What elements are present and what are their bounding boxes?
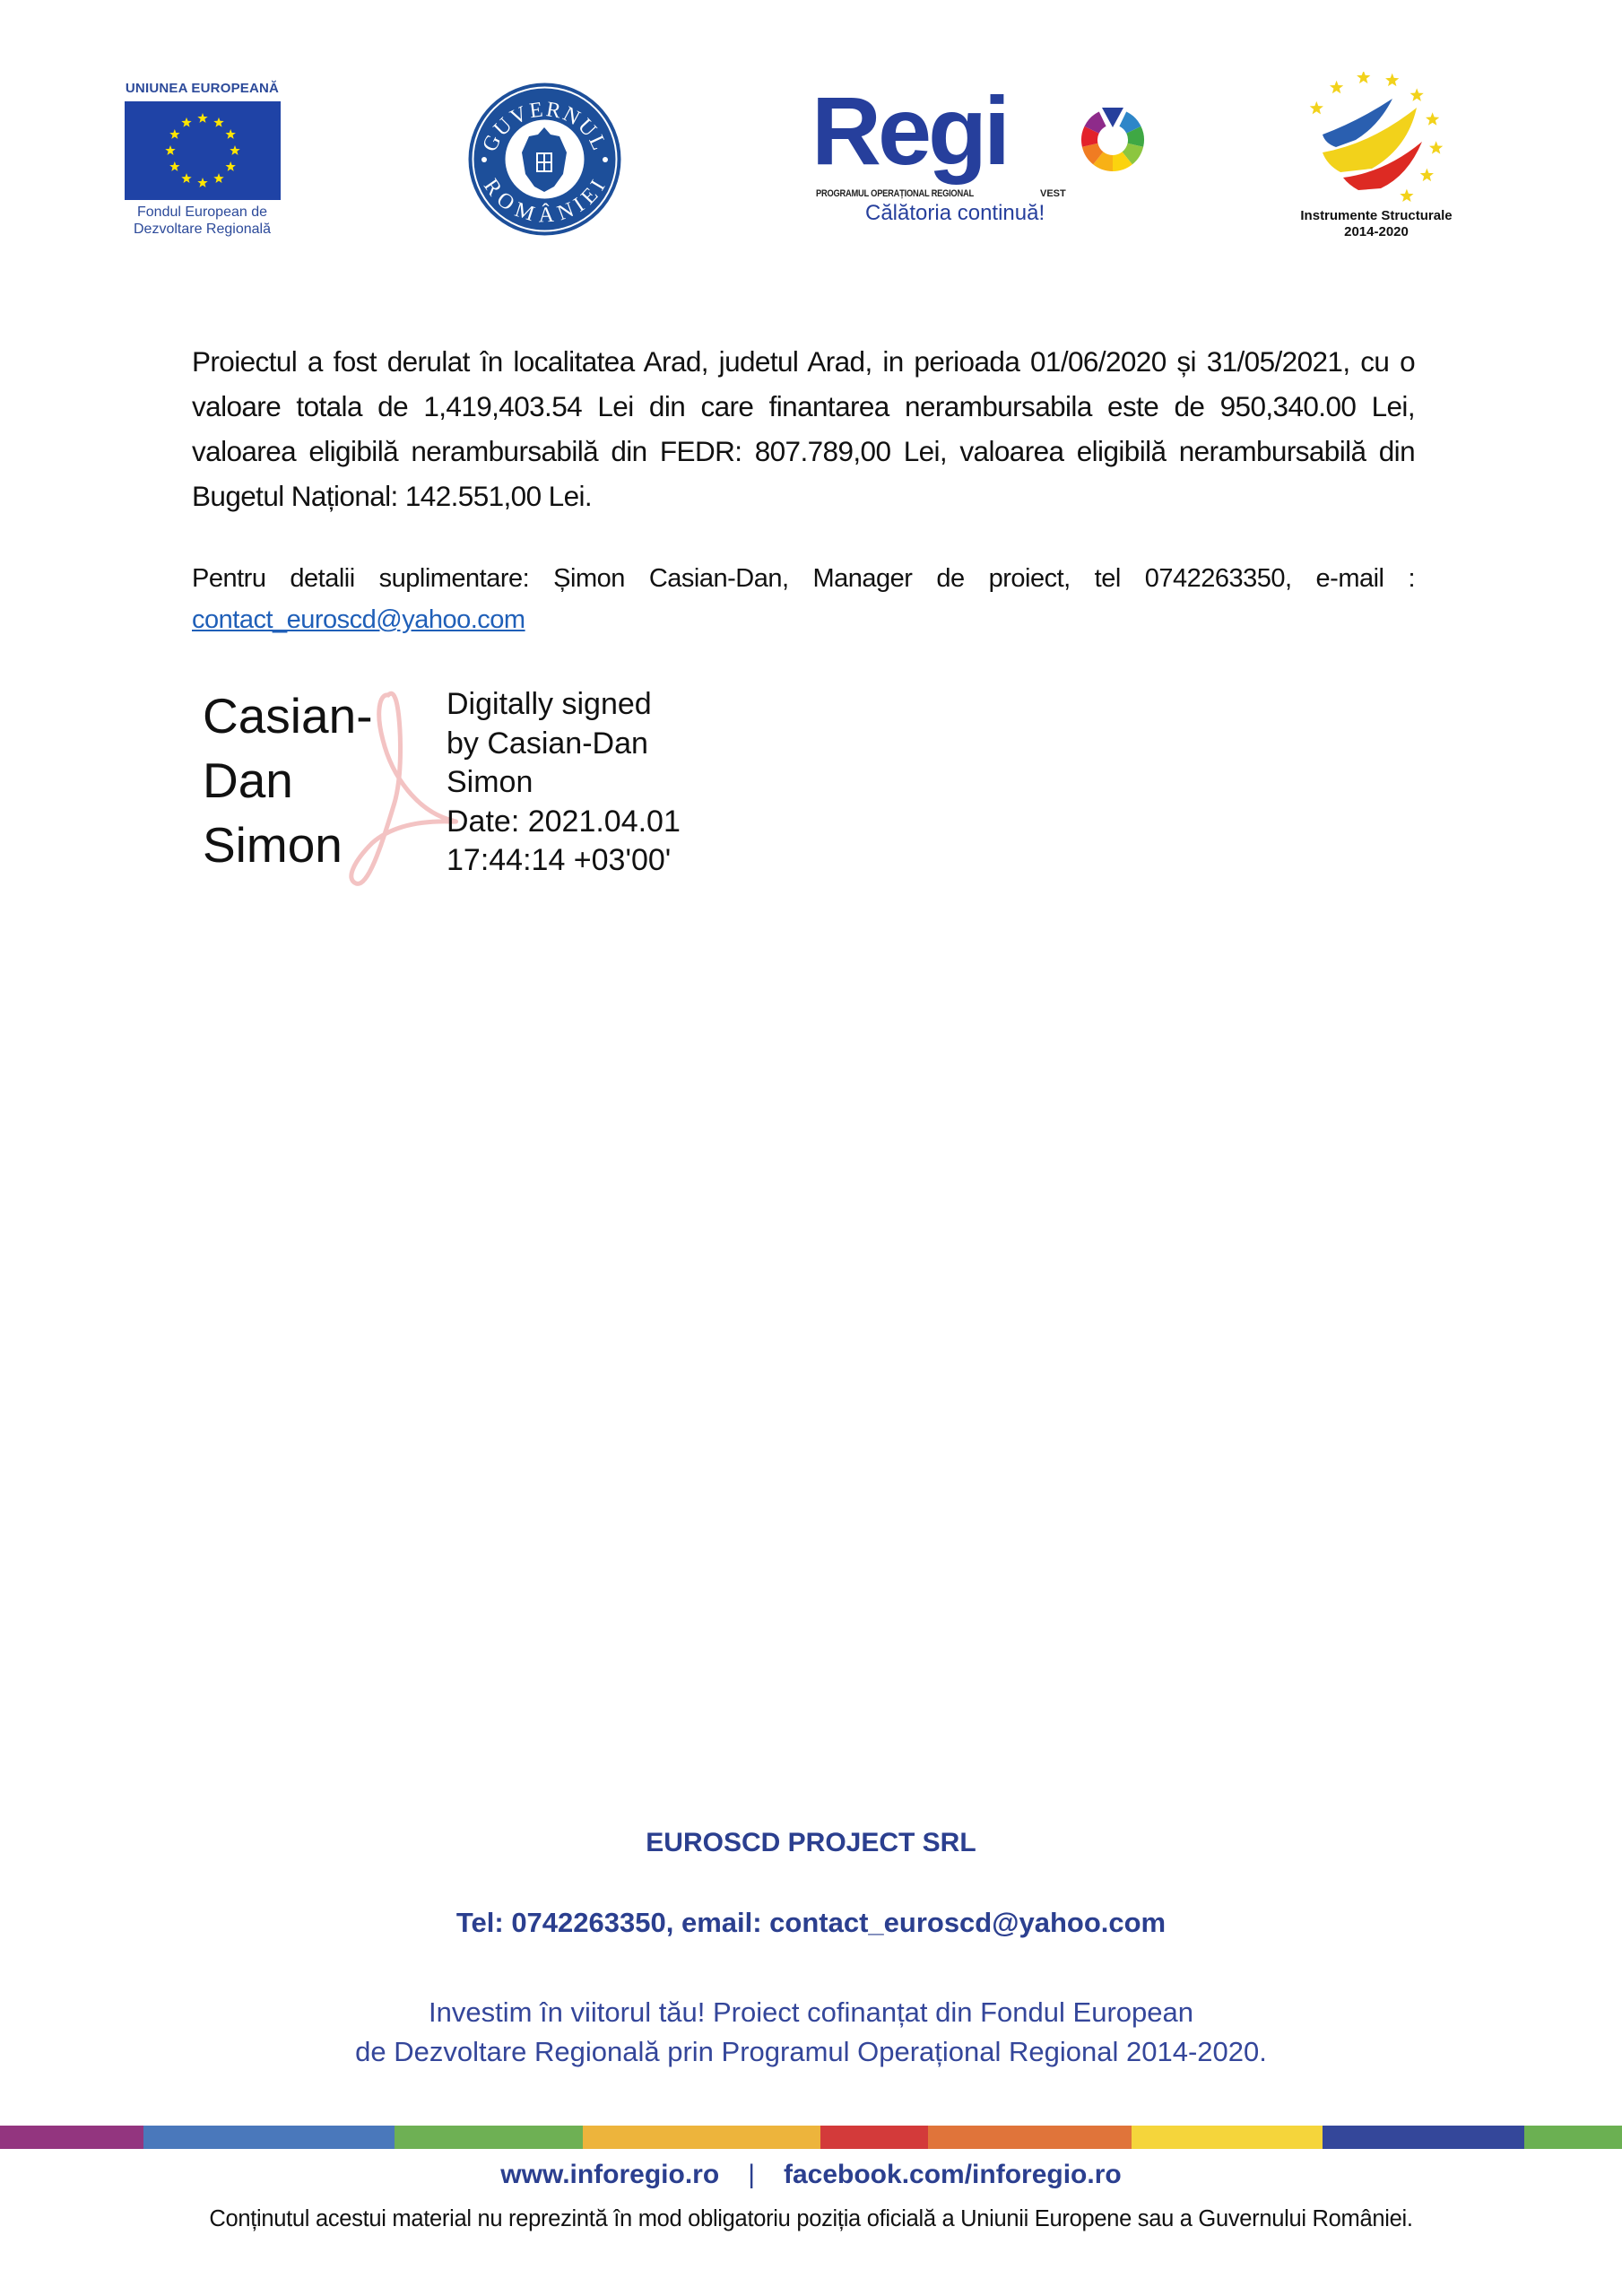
eu-logo-subtitle-1: Fondul European de	[119, 204, 285, 221]
color-bar-segment	[1323, 2126, 1524, 2149]
adobe-signature-watermark-icon	[336, 686, 462, 888]
color-bar-segment	[143, 2126, 395, 2149]
regio-logo-word: Regi	[811, 77, 1007, 185]
company-name: EUROSCD PROJECT SRL	[0, 1828, 1622, 1858]
color-bar-segment	[395, 2126, 583, 2149]
regio-color-bar	[0, 2126, 1622, 2149]
color-bar-segment	[583, 2126, 820, 2149]
website-link[interactable]: www.inforegio.ro	[500, 2160, 719, 2189]
regio-region-label: VEST	[1040, 188, 1066, 199]
facebook-link[interactable]: facebook.com/inforegio.ro	[784, 2160, 1122, 2189]
color-bar-segment	[1524, 2126, 1622, 2149]
regio-slogan: Călătoria continuă!	[865, 201, 1045, 226]
regio-color-wheel-icon	[1080, 108, 1145, 172]
contact-details-text: Pentru detalii suplimentare: Șimon Casia…	[192, 564, 1415, 593]
funding-statement: Investim în viitorul tău! Proiect cofina…	[0, 1993, 1622, 2072]
romanian-government-seal-icon: GUVERNUL ROMÂNIEI	[466, 81, 623, 238]
email-link[interactable]: contact_euroscd@yahoo.com	[192, 605, 525, 634]
project-description-paragraph: Proiectul a fost derulat în localitatea …	[192, 339, 1415, 518]
regio-logo: Regi PROGRAMUL OPERAȚIONAL REGIONAL VEST…	[811, 90, 1143, 233]
eu-logo: UNIUNEA EUROPEANĂ Fondul European de Dez…	[119, 81, 285, 251]
disclaimer-text: Conținutul acestui material nu reprezint…	[0, 2206, 1622, 2232]
structural-instruments-caption: Instrumente Structurale	[1273, 208, 1479, 224]
structural-instruments-logo: Instrumente Structurale 2014-2020	[1273, 72, 1479, 251]
eu-flag-icon	[125, 101, 281, 200]
color-bar-segment	[928, 2126, 1132, 2149]
company-contact: Tel: 0742263350, email: contact_euroscd@…	[0, 1907, 1622, 1939]
digital-signature-details: Digitally signed by Casian-Dan Simon Dat…	[447, 685, 681, 881]
footer-links: www.inforegio.ro|facebook.com/inforegio.…	[0, 2160, 1622, 2190]
color-bar-segment	[820, 2126, 928, 2149]
eu-logo-subtitle-2: Dezvoltare Regională	[119, 221, 285, 238]
structural-instruments-globe-icon	[1273, 72, 1479, 206]
color-bar-segment	[1132, 2126, 1323, 2149]
link-separator: |	[748, 2160, 755, 2189]
contact-details-paragraph: Pentru detalii suplimentare: Șimon Casia…	[192, 558, 1415, 640]
eu-logo-title: UNIUNEA EUROPEANĂ	[119, 81, 285, 96]
regio-program-label: PROGRAMUL OPERAȚIONAL REGIONAL	[816, 188, 974, 199]
structural-instruments-years: 2014-2020	[1273, 224, 1479, 240]
color-bar-segment	[0, 2126, 143, 2149]
